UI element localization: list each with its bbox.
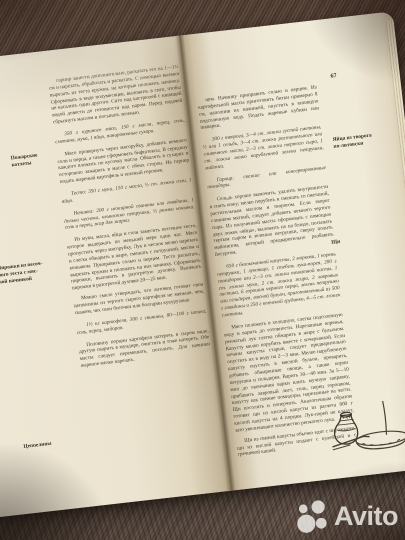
ingredients-paragraph: Тесто: 350 г муки, 150 г масла, ½ ст. ло… (61, 177, 193, 205)
ingredients-paragraph: 300 г творога, 3—4 ст. ложки густой смет… (202, 124, 325, 172)
ingredients-paragraph: 650 г белокочанной капусты, 2 моркови, 1… (216, 251, 341, 319)
recipe-paragraph: Сельдь хорошо вымочить, удалить внутренн… (209, 184, 335, 259)
margin-heading-pirozhki: Пирожки из песоч- ного теста с мяс- ной … (0, 261, 44, 287)
ingredients-paragraph: 350 г куриного мяса, 150 г масла, перец,… (54, 118, 186, 146)
margin-heading-yaitsa-iz-tvoroga: Яйца из творога по-литовски (332, 129, 403, 151)
avito-watermark: Avito (296, 500, 398, 533)
recipe-paragraph: Из муки, масла, яйца и соли замесить пес… (66, 223, 202, 292)
open-book: 66 Пожарские котлеты Пирожки из песоч- н… (0, 11, 405, 518)
page-number-right: 67 (330, 73, 337, 80)
recipe-paragraph: цем. Начинку приправить солью и перцем. … (197, 84, 320, 132)
recipe-paragraph: гарнир занести дополнительно, раскатать … (48, 64, 184, 127)
jug-and-pan-illustration (326, 393, 405, 461)
ingredients-paragraph: 1½ кг картофеля, 300 г свинины, 80—100 г… (76, 308, 208, 336)
avito-wordmark: Avito (334, 503, 398, 530)
margin-heading-pozharskie-kotlety: Пожарские котлеты (10, 152, 38, 169)
ingredients-paragraph: Начинка: 200 г нежирной свинины или говя… (63, 197, 195, 232)
avito-logo-icon (296, 500, 329, 533)
recipe-paragraph: Можно смело утверждать, что литовец гото… (73, 282, 205, 317)
recipe-paragraph: Мясо провернуть через мясорубку, добавит… (56, 137, 190, 186)
margin-heading-tseppeliny: Цеппелины (23, 441, 52, 451)
recipe-paragraph: Половину порции картофеля натереть в сыр… (78, 328, 211, 370)
